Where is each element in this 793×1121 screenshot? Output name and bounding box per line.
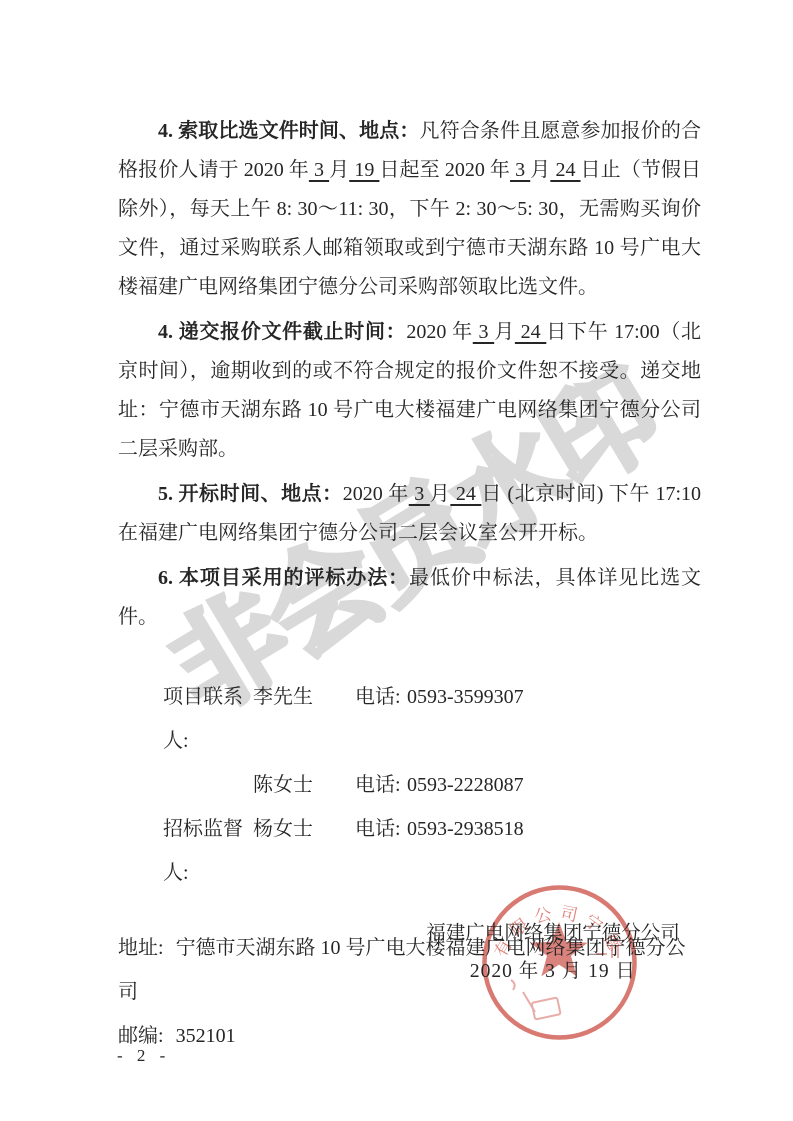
address-label: 地址: (118, 937, 164, 959)
contact-row: 项目联系人:李先生电话:0593-3599307 (118, 675, 701, 763)
signature-date: 2020 年 3 月 19 日 (425, 959, 681, 984)
contact-phone-label: 电话: (355, 675, 407, 763)
postcode-label: 邮编: (118, 1025, 164, 1047)
contact-phone-label: 电话: (355, 807, 407, 895)
contact-phone-number: 0593-2228087 (407, 763, 524, 807)
postcode-value: 352101 (176, 1025, 236, 1047)
document-content: 4. 索取比选文件时间、地点：凡符合条件且愿意参加报价的合格报价人请于 2020… (118, 112, 701, 1058)
postcode-line: 邮编:352101 (118, 1014, 701, 1058)
paragraph: 6. 本项目采用的评标办法：最低价中标法，具体详见比选文件。 (118, 559, 701, 637)
paragraph: 4. 索取比选文件时间、地点：凡符合条件且愿意参加报价的合格报价人请于 2020… (118, 112, 701, 307)
page-number: - 2 - (117, 1046, 170, 1066)
paragraph: 4. 递交报价文件截止时间：2020 年 3 月 24 日下午 17:00（北京… (118, 313, 701, 469)
contact-phone-number: 0593-3599307 (407, 675, 524, 763)
contact-row: 招标监督人:杨女士电话:0593-2938518 (118, 807, 701, 895)
contact-phone-number: 0593-2938518 (407, 807, 524, 895)
document-page: 非会员水印 有限公司宁德 4. 索取比选文件时间、地点：凡符合条件且愿意参加报价… (0, 0, 793, 1121)
contact-name: 李先生 (253, 675, 355, 763)
contact-label (163, 763, 253, 807)
contact-label: 招标监督人: (163, 807, 253, 895)
contact-name: 杨女士 (253, 807, 355, 895)
contact-name: 陈女士 (253, 763, 355, 807)
contact-phone-label: 电话: (355, 763, 407, 807)
signature-block: 福建广电网络集团宁德分公司 2020 年 3 月 19 日 (425, 921, 681, 984)
signature-company: 福建广电网络集团宁德分公司 (425, 921, 681, 946)
document-paragraphs: 4. 索取比选文件时间、地点：凡符合条件且愿意参加报价的合格报价人请于 2020… (118, 112, 701, 637)
contact-label: 项目联系人: (163, 675, 253, 763)
contacts-block: 项目联系人:李先生电话:0593-3599307陈女士电话:0593-22280… (118, 675, 701, 895)
contact-row: 陈女士电话:0593-2228087 (118, 763, 701, 807)
paragraph: 5. 开标时间、地点：2020 年 3 月 24 日 (北京时间) 下午 17:… (118, 475, 701, 553)
